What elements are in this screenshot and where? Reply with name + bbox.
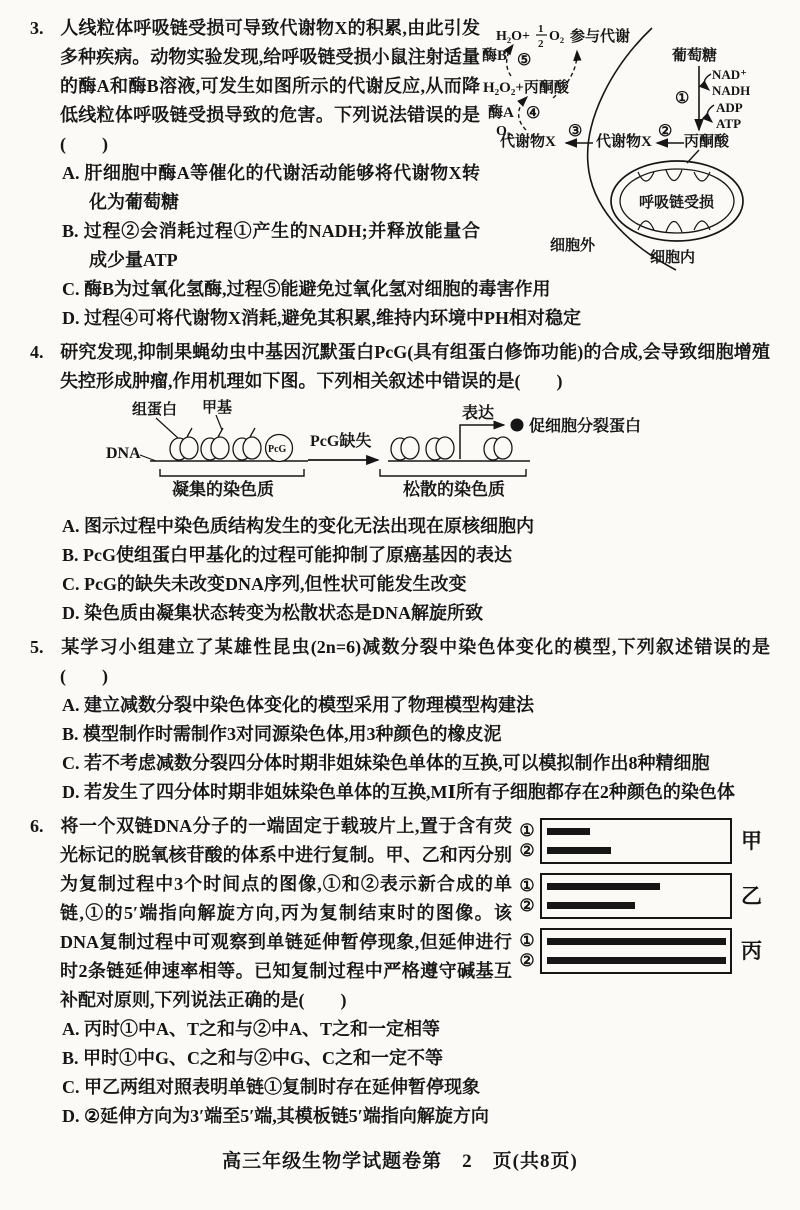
question-4-number: 4. [30,338,60,367]
box-label-jia: 甲 [741,830,762,852]
atp-label: ATP [716,116,741,131]
strand-1-bar [547,883,660,890]
question-4-option-c: C. PcG的缺失未改变DNA序列,但性状可能发生改变 [62,570,770,599]
metabolite-x-inside-label: 代谢物X [596,132,652,150]
question-4-stem: 4.研究发现,抑制果蝇幼虫中基因沉默蛋白PcG(具有组蛋白修饰功能)的合成,会导… [30,338,770,396]
question-3-option-c: C. 酶B为过氧化氢酶,过程⑤能避免过氧化氢对细胞的毒害作用 [62,275,770,304]
metabolism-pathway-diagram: H₂O+ 1 2 O₂ 参与代谢 酶B ⑤ H₂O₂+丙酮酸 酶A ④ O₂ 代 [480,16,770,272]
question-5-option-a: A. 建立减数分裂中染色体变化的模型采用了物理模型构建法 [62,691,770,720]
step-5-circle: ⑤ [517,52,531,69]
strand-number-column: ①② [518,876,536,916]
strand-number-column: ①② [518,931,536,971]
strand-1-bar [547,828,590,835]
question-4-stem-text: 研究发现,抑制果蝇幼虫中基因沉默蛋白PcG(具有组蛋白修饰功能)的合成,会导致细… [60,342,770,391]
question-6-option-b: B. 甲时①中G、C之和与②中G、C之和一定不等 [62,1044,770,1073]
pyruvate-label: 丙酮酸 [684,132,730,150]
pcg-label: PcG [268,444,287,455]
loose-chromatin-cluster [388,437,530,461]
strand-2-bar [547,847,611,854]
pcg-missing-label: PcG缺失 [310,432,371,450]
question-5-option-d: D. 若发生了四分体时期非姐妹染色单体的互换,MⅠ所有子细胞都存在2种颜色的染色… [62,778,770,807]
replication-row-bing: ①② 丙 [518,928,770,974]
question-5: 5.某学习小组建立了某雄性昆虫(2n=6)减数分裂中染色体变化的模型,下列叙述错… [30,633,770,807]
question-6: 6.将一个双链DNA分子的一端固定于载玻片上,置于含有荧光标记的脱氧核苷酸的体系… [30,812,770,1131]
methyl-label: 甲基 [202,399,232,416]
box-label-bing: 丙 [741,940,762,962]
arrow-step-5 [507,45,513,76]
loose-bracket [380,469,526,476]
dna-pointer-line [140,455,156,461]
chromatin-pcg-diagram: 组蛋白 甲基 DNA PcG PcG缺失 [98,399,678,501]
question-3-option-d: D. 过程④可将代谢物X消耗,避免其积累,维持内环境中PH相对稳定 [62,304,770,333]
enzyme-a-label: 酶A [488,103,514,121]
question-3-stem: 3.人线粒体呼吸链受损可导致代谢物X的积累,由此引发多种疾病。动物实验发现,给呼… [30,14,480,159]
question-3: 3.人线粒体呼吸链受损可导致代谢物X的积累,由此引发多种疾病。动物实验发现,给呼… [30,14,770,333]
box-label-yi: 乙 [741,885,762,907]
question-5-stem-text: 某学习小组建立了某雄性昆虫(2n=6)减数分裂中染色体变化的模型,下列叙述错误的… [60,637,770,686]
strand-2-circle: ② [518,896,536,916]
question-5-number: 5. [30,633,60,662]
question-4-option-d: D. 染色质由凝集状态转变为松散状态是DNA解旋所致 [62,599,770,628]
question-6-options: A. 丙时①中A、T之和与②中A、T之和一定相等 B. 甲时①中G、C之和与②中… [62,1015,770,1131]
strand-2-circle: ② [518,841,536,861]
extracellular-label: 细胞外 [550,236,596,254]
question-5-option-c: C. 若不考虑减数分裂四分体时期非姐妹染色单体的互换,可以模拟制作出8种精细胞 [62,749,770,778]
question-6-text-column: 6.将一个双链DNA分子的一端固定于载玻片上,置于含有荧光标记的脱氧核苷酸的体系… [30,812,512,1015]
step-1-circle: ① [675,90,689,107]
question-3-option-b: B. 过程②会消耗过程①产生的NADH;并释放能量合成少量ATP [62,217,480,275]
question-6-stem-text: 将一个双链DNA分子的一端固定于载玻片上,置于含有荧光标记的脱氧核苷酸的体系中进… [60,816,512,1010]
loose-chromatin-label: 松散的染色质 [403,479,505,499]
methyl-pointer-line [216,415,222,430]
dna-label: DNA [106,445,141,462]
oxygen-label: O₂ [549,29,564,44]
replication-row-jia: ①② 甲 [518,818,770,864]
strand-number-column: ①② [518,821,536,861]
histone-label: 组蛋白 [132,400,177,418]
question-5-option-b: B. 模型制作时需制作3对同源染色体,用3种颜色的橡皮泥 [62,720,770,749]
question-4-option-a: A. 图示过程中染色质结构发生的变化无法出现在原核细胞内 [62,512,770,541]
step-2-circle: ② [658,123,672,140]
question-3-stem-text: 人线粒体呼吸链受损可导致代谢物X的积累,由此引发多种疾病。动物实验发现,给呼吸链… [60,18,480,154]
water-label: H₂O+ [496,29,530,44]
h2o2-pyruvate-label: H₂O₂+丙酮酸 [483,78,570,96]
strand-1-circle: ① [518,931,536,951]
participate-metabolism-label: 参与代谢 [570,27,630,45]
question-6-option-d: D. ②延伸方向为3′端至5′端,其模板链5′端指向解旋方向 [62,1102,770,1131]
fraction-numerator: 1 [538,23,544,35]
condensed-bracket [160,469,304,476]
page-footer: 高三年级生物学试题卷第 2 页(共8页) [0,1146,800,1173]
question-6-option-a: A. 丙时①中A、T之和与②中A、T之和一定相等 [62,1015,770,1044]
nadh-label: NADH [712,83,750,98]
enzyme-b-label: 酶B [482,46,507,64]
question-5-options: A. 建立减数分裂中染色体变化的模型采用了物理模型构建法 B. 模型制作时需制作… [62,691,770,807]
nad-label: NAD⁺ [712,67,747,82]
histone-pointer-line [156,418,178,438]
expression-label: 表达 [462,403,494,422]
strand-2-bar [547,902,635,909]
damaged-respiratory-chain-label: 呼吸链受损 [639,193,714,211]
intracellular-label: 细胞内 [650,248,695,266]
question-3-option-a: A. 肝细胞中酶A等催化的代谢活动能够将代谢物X转化为葡萄糖 [62,159,480,217]
question-4-options: A. 图示过程中染色质结构发生的变化无法出现在原核细胞内 B. PcG使组蛋白甲… [62,512,770,628]
dna-replication-diagram: ①② 甲 ①② 乙 ①② [518,812,770,983]
slide-box-jia [540,818,732,864]
step-3-circle: ③ [568,123,582,140]
question-6-number: 6. [30,812,60,841]
methyl-sticks [187,428,255,437]
question-6-option-c: C. 甲乙两组对照表明单链①复制时存在延伸暂停现象 [62,1073,770,1102]
question-6-top: 6.将一个双链DNA分子的一端固定于载玻片上,置于含有荧光标记的脱氧核苷酸的体系… [30,812,770,1015]
replication-row-yi: ①② 乙 [518,873,770,919]
metabolite-x-outside-label: 代谢物X [500,132,556,150]
question-3-text-column: 3.人线粒体呼吸链受损可导致代谢物X的积累,由此引发多种疾病。动物实验发现,给呼… [30,14,480,275]
question-4: 4.研究发现,抑制果蝇幼虫中基因沉默蛋白PcG(具有组蛋白修饰功能)的合成,会导… [30,338,770,628]
adp-branch-curve [707,105,714,122]
question-3-number: 3. [30,14,60,43]
question-3-options-ab: A. 肝细胞中酶A等催化的代谢活动能够将代谢物X转化为葡萄糖 B. 过程②会消耗… [62,159,480,275]
fraction-denominator: 2 [538,38,544,50]
question-6-stem: 6.将一个双链DNA分子的一端固定于载玻片上,置于含有荧光标记的脱氧核苷酸的体系… [30,812,512,1015]
protein-dot [511,419,524,432]
question-5-stem: 5.某学习小组建立了某雄性昆虫(2n=6)减数分裂中染色体变化的模型,下列叙述错… [30,633,770,691]
glucose-label: 葡萄糖 [672,46,717,64]
adp-label: ADP [716,100,743,115]
strand-2-circle: ② [518,951,536,971]
mitochondrion: 呼吸链受损 [611,161,743,241]
question-3-options-cd: C. 酶B为过氧化氢酶,过程⑤能避免过氧化氢对细胞的毒害作用 D. 过程④可将代… [62,275,770,333]
promote-division-protein-label: 促细胞分裂蛋白 [529,416,641,435]
exam-page: 3.人线粒体呼吸链受损可导致代谢物X的积累,由此引发多种疾病。动物实验发现,给呼… [0,0,800,1210]
step-4-circle: ④ [526,105,540,122]
strand-2-bar [547,957,726,964]
strand-1-circle: ① [518,821,536,841]
question-4-option-b: B. PcG使组蛋白甲基化的过程可能抑制了原癌基因的表达 [62,541,770,570]
strand-1-circle: ① [518,876,536,896]
slide-box-bing [540,928,732,974]
condensed-chromatin-label: 凝集的染色质 [172,479,274,499]
strand-1-bar [547,938,726,945]
nad-branch-curve [704,74,711,90]
question-3-top: 3.人线粒体呼吸链受损可导致代谢物X的积累,由此引发多种疾病。动物实验发现,给呼… [30,14,770,275]
slide-box-yi [540,873,732,919]
